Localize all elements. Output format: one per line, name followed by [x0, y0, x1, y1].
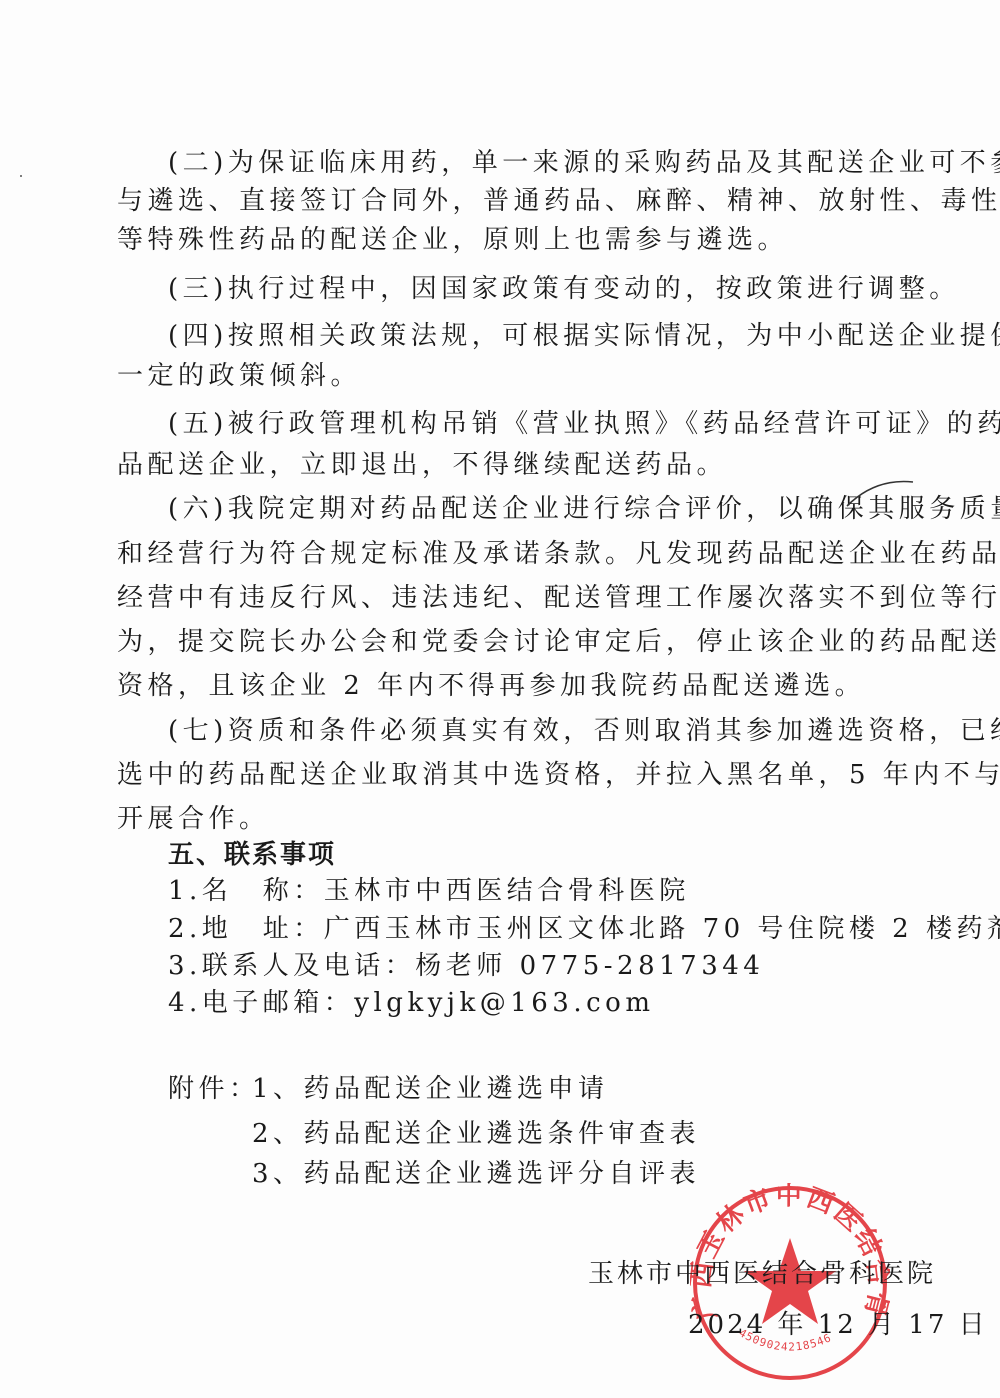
para-2-line-3: 等特殊性药品的配送企业，原则上也需参与遴选。 — [117, 221, 788, 259]
para-2-line-2: 与遴选、直接签订合同外，普通药品、麻醉、精神、放射性、毒性 — [117, 182, 1000, 220]
signature-organization: 玉林市中西医结合骨科医院 — [588, 1255, 936, 1293]
para-5-line-2: 品配送企业，立即退出，不得继续配送药品。 — [117, 446, 727, 484]
para-6-line-2: 和经营行为符合规定标准及承诺条款。凡发现药品配送企业在药品 — [117, 535, 1000, 573]
scan-speck — [20, 175, 22, 177]
para-5-line-1: (五)被行政管理机构吊销《营业执照》《药品经营许可证》的药 — [168, 405, 1000, 443]
attachment-item-1: 1、药品配送企业遴选申请 — [252, 1070, 609, 1108]
pen-mark — [845, 478, 915, 508]
document-page: (二)为保证临床用药，单一来源的采购药品及其配送企业可不参 与遴选、直接签订合同… — [0, 0, 1000, 1398]
para-4-line-1: (四)按照相关政策法规，可根据实际情况，为中小配送企业提供 — [168, 317, 1000, 355]
para-7-line-3: 开展合作。 — [117, 800, 270, 838]
attachment-item-3: 3、药品配送企业遴选评分自评表 — [252, 1155, 700, 1193]
contact-heading: 五、联系事项 — [168, 836, 336, 874]
contact-person-phone: 3.联系人及电话：杨老师 0775-2817344 — [168, 947, 764, 985]
para-3-line-1: (三)执行过程中，因国家政策有变动的，按政策进行调整。 — [168, 270, 960, 308]
attachment-item-2: 2、药品配送企业遴选条件审查表 — [252, 1115, 700, 1153]
para-6-line-3: 经营中有违反行风、违法违纪、配送管理工作屡次落实不到位等行 — [117, 579, 1000, 617]
para-6-line-5: 资格，且该企业 2 年内不得再参加我院药品配送遴选。 — [117, 667, 865, 705]
para-7-line-1: (七)资质和条件必须真实有效，否则取消其参加遴选资格，已经 — [168, 712, 1000, 750]
attachments-label: 附件： — [168, 1070, 260, 1108]
signature-date: 2024 年 12 月 17 日 — [688, 1306, 988, 1344]
para-7-line-2: 选中的药品配送企业取消其中选资格，并拉入黑名单，5 年内不与其 — [117, 756, 1000, 794]
para-2-line-1: (二)为保证临床用药，单一来源的采购药品及其配送企业可不参 — [168, 144, 1000, 182]
contact-address: 2.地 址：广西玉林市玉州区文体北路 70 号住院楼 2 楼药剂科 — [168, 910, 1000, 948]
contact-name: 1.名 称：玉林市中西医结合骨科医院 — [168, 872, 690, 910]
para-6-line-4: 为，提交院长办公会和党委会讨论审定后，停止该企业的药品配送 — [117, 623, 1000, 661]
contact-email: 4.电子邮箱：ylgkyjk@163.com — [168, 984, 654, 1022]
para-4-line-2: 一定的政策倾斜。 — [117, 357, 361, 395]
